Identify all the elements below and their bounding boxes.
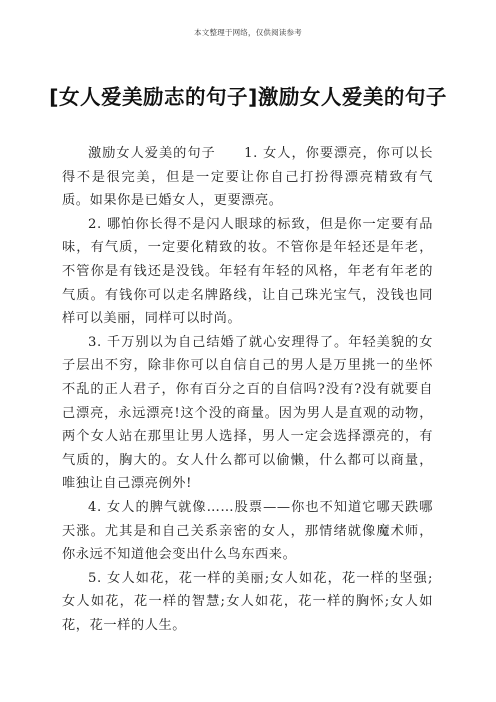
paragraph-4: 4. 女人的脾气就像……股票——你也不知道它哪天跌哪天涨。尤其是和自己关系亲密的… [62, 496, 433, 567]
paragraph-5: 5. 女人如花，花一样的美丽;女人如花，花一样的坚强;女人如花，花一样的智慧;女… [62, 567, 433, 638]
document-title: [女人爱美励志的句子]激励女人爱美的句子 [0, 80, 496, 110]
paragraph-1: 激励女人爱美的句子 1. 女人，你要漂亮，你可以长得不是很完美，但是一定要让你自… [62, 142, 433, 213]
paragraph-2: 2. 哪怕你长得不是闪人眼球的标致，但是你一定要有品味，有气质，一定要化精致的妆… [62, 213, 433, 331]
header-note: 本文整理于网络，仅供阅读参考 [0, 27, 496, 38]
document-body: 激励女人爱美的句子 1. 女人，你要漂亮，你可以长得不是很完美，但是一定要让你自… [62, 142, 433, 637]
paragraph-3: 3. 千万别以为自己结婚了就心安理得了。年轻美貌的女子层出不穷，除非你可以自信自… [62, 331, 433, 496]
